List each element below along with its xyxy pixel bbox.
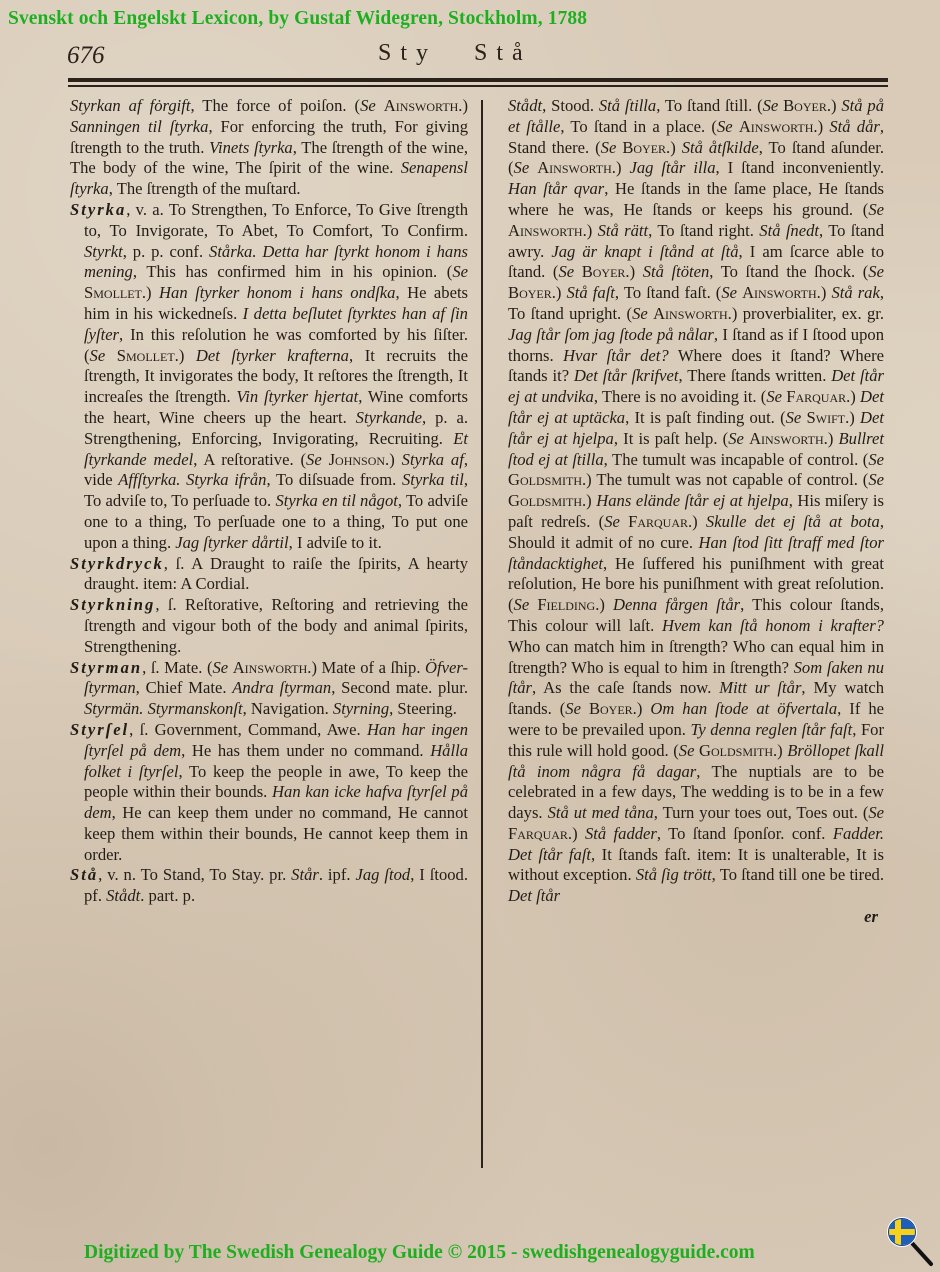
definition-text: ) [586, 491, 596, 510]
swedish-phrase: Mitt ur ſtår [719, 678, 801, 697]
swedish-phrase: Jag ſtod [355, 865, 410, 884]
swedish-phrase: Om han ſtode at öfvertala [650, 699, 837, 718]
definition-text: , There is no avoiding it. ( [594, 387, 766, 406]
swedish-phrase: Denna fårgen ſtår [613, 595, 740, 614]
swedish-phrase: Se [868, 450, 884, 469]
definition-text: , To ſtand the ſhock. ( [709, 262, 868, 281]
source-citation: Goldsmith. [508, 470, 586, 489]
dictionary-entry: Styrkning, ſ. Reſtorative, Reſtoring and… [70, 595, 468, 657]
source-citation: Farquar. [508, 824, 572, 843]
dictionary-entry: Styrman, ſ. Mate. (Se Ainsworth.) Mate o… [70, 658, 468, 720]
source-citation: Ainsworth. [233, 658, 312, 677]
definition-text: , To ſtand ſponſor. conf. [657, 824, 833, 843]
swedish-phrase: Styrka til [402, 470, 464, 489]
definition-text: ) The tumult was not capable of control.… [586, 470, 868, 489]
source-citation: Farquar. [786, 387, 850, 406]
source-citation: Boyer. [589, 699, 637, 718]
definition-text: ) [637, 699, 651, 718]
definition-text: ) [818, 117, 830, 136]
swedish-phrase: Stå dår [829, 117, 879, 136]
definition-text: ) [849, 408, 860, 427]
source-citation: Boyer. [783, 96, 831, 115]
swedish-phrase: Stådt [106, 886, 140, 905]
magnifier-swedish-flag-icon[interactable] [884, 1214, 936, 1268]
definition-text: ) [670, 138, 682, 157]
banner-bottom: Digitized by The Swedish Genealogy Guide… [84, 1242, 755, 1264]
swedish-phrase: Se [604, 512, 628, 531]
swedish-phrase: Se [601, 138, 623, 157]
swedish-phrase: Han ſtår qvar [508, 179, 604, 198]
running-head: Sty Stå [378, 40, 554, 67]
source-citation: Ainsworth. [739, 117, 818, 136]
header-rule-thick [68, 78, 888, 82]
swedish-phrase: Skulle det ej ſtå at bota [706, 512, 880, 531]
definition-text: , The tumult was incapable of control. ( [604, 450, 869, 469]
swedish-phrase: Se [514, 158, 538, 177]
definition-text: ) [389, 450, 401, 469]
page-header: 676 Sty Stå [0, 36, 940, 76]
source-citation: Boyer. [508, 283, 556, 302]
swedish-phrase: Se [728, 429, 749, 448]
swedish-phrase: Vin ſtyrker hjertat [236, 387, 358, 406]
definition-text: , Navigation. [243, 699, 333, 718]
swedish-phrase: Stådt [508, 96, 542, 115]
headword: Styrka [70, 200, 126, 219]
source-citation: Swift. [807, 408, 850, 427]
swedish-phrase: Styrning [333, 699, 389, 718]
definition-text: ) [777, 741, 787, 760]
running-head-left: Sty [378, 40, 437, 66]
definition-text: ) [599, 595, 613, 614]
definition-text: , It is paſt finding out. ( [625, 408, 786, 427]
headword: Styrſel [70, 720, 129, 739]
swedish-phrase: Stå ſtöten [643, 262, 710, 281]
swedish-phrase: Se [632, 304, 653, 323]
swedish-phrase: Se [558, 262, 581, 281]
dictionary-entry: Styrſel, ſ. Government, Command, Awe. Ha… [70, 720, 468, 866]
swedish-phrase: Se [763, 96, 784, 115]
definition-text: ) [831, 96, 841, 115]
definition-text: , I ſtand inconveniently. [716, 158, 885, 177]
definition-text: ) [630, 262, 643, 281]
swedish-phrase: Han ſtyrker honom i hans ondſka [159, 283, 395, 302]
swedish-phrase: Det ſtyrker krafterna [196, 346, 349, 365]
source-citation: Fielding. [537, 595, 599, 614]
swedish-phrase: Styrmän. Styrmanskonſt [84, 699, 243, 718]
swedish-phrase: Se [786, 408, 807, 427]
definition-text: ) [572, 824, 585, 843]
definition-text: , v. a. To Strengthen, To Enforce, To Gi… [84, 200, 468, 240]
definition-text: ) proverbialiter, ex. gr. [732, 304, 884, 323]
swedish-phrase: Se [679, 741, 699, 760]
swedish-phrase: Stå åtſkilde [682, 138, 759, 157]
swedish-phrase: Jag ſtår ſom jag ſtode på nålar [508, 325, 714, 344]
swedish-phrase: Styrka af [402, 450, 464, 469]
source-citation: Ainsworth. [384, 96, 463, 115]
swedish-phrase: Stå rätt [598, 221, 649, 240]
swedish-phrase: Se [452, 262, 468, 281]
definition-text: , I adviſe to it. [289, 533, 382, 552]
swedish-phrase: Stå ut med tåna [548, 803, 654, 822]
left-column: Styrkan af fȯrgift, The force of poiſon.… [70, 96, 468, 907]
swedish-phrase: Andra ſtyrman [232, 678, 331, 697]
entry-continuation: Styrkan af fȯrgift, The force of poiſon.… [70, 96, 468, 200]
swedish-phrase: Se [514, 595, 538, 614]
definition-text: , To ſtand ſtill. ( [656, 96, 762, 115]
definition-text: , The ſtrength of the muſtard. [109, 179, 301, 198]
swedish-phrase: Ty denna reglen ſtår faſt [690, 720, 852, 739]
definition-text: , Second mate. plur. [331, 678, 468, 697]
swedish-phrase: Se [868, 470, 884, 489]
definition-text: , A reſtorative. ( [193, 450, 306, 469]
definition-text: , The force of poiſon. ( [190, 96, 360, 115]
swedish-phrase: Styrkande [356, 408, 422, 427]
source-citation: Boyer. [622, 138, 670, 157]
source-citation: Farquar. [628, 512, 692, 531]
entry-continuation: Stådt, Stood. Stå ſtilla, To ſtand ſtill… [508, 96, 884, 907]
definition-text: ) [462, 96, 468, 115]
swedish-phrase: Hvar ſtår det? [563, 346, 669, 365]
banner-top: Svenskt och Engelskt Lexicon, by Gustaf … [8, 8, 587, 30]
source-citation: Goldsmith. [699, 741, 777, 760]
definition-text: , He has them under no command. [181, 741, 430, 760]
swedish-phrase: Se [306, 450, 329, 469]
swedish-phrase: Stå ſnedt [759, 221, 819, 240]
definition-text: , He can keep them under no command, He … [84, 803, 468, 864]
definition-text: , It is paſt help. ( [614, 429, 728, 448]
definition-text: ) [616, 158, 630, 177]
definition-text: , ſ. Government, Command, Awe. [129, 720, 367, 739]
swedish-phrase: Se [868, 200, 884, 219]
definition-text: ) Mate of a ſhip. [311, 658, 425, 677]
swedish-phrase: Stå ſtilla [599, 96, 656, 115]
definition-text: ) [692, 512, 706, 531]
definition-text: , ſ. Mate. ( [142, 658, 212, 677]
dictionary-entry: Stå, v. n. To Stand, To Stay. pr. Står. … [70, 865, 468, 907]
definition-text: , To ſtand in a place. ( [560, 117, 717, 136]
definition-text: , p. p. conf. [123, 242, 209, 261]
swedish-phrase: Vinets ſtyrka [209, 138, 293, 157]
swedish-phrase: Hvem kan ſtå honom i krafter? [662, 616, 884, 635]
definition-text: , To ſtand right. [648, 221, 759, 240]
swedish-phrase: Stå rak [831, 283, 879, 302]
swedish-phrase: Det ſtår ſkrifvet [574, 366, 679, 385]
catchword: er [508, 907, 878, 928]
definition-text: ) [587, 221, 598, 240]
definition-text: ) [146, 283, 159, 302]
swedish-phrase: Stå ſig trött [636, 865, 712, 884]
swedish-phrase: Stå fadder [585, 824, 657, 843]
swedish-phrase: Styrkan af fȯrgift [70, 96, 190, 115]
swedish-phrase: Jag ſtår illa [629, 158, 715, 177]
swedish-phrase: Hans elände ſtår ej at hjelpa [596, 491, 788, 510]
swedish-phrase: Jag är knapt i ſtånd at ſtå [551, 242, 738, 261]
column-divider [481, 100, 483, 1168]
headword: Styrkdryck [70, 554, 164, 573]
swedish-phrase: Se [565, 699, 589, 718]
source-citation: Ainsworth. [749, 429, 828, 448]
swedish-phrase: Se [868, 803, 884, 822]
definition-text: , Chief Mate. [136, 678, 233, 697]
source-citation: Johnson. [329, 450, 390, 469]
definition-text: ) [556, 283, 567, 302]
definition-text: , To ſtand faſt. ( [615, 283, 721, 302]
source-citation: Boyer. [582, 262, 630, 281]
dictionary-entry: Styrka, v. a. To Strengthen, To Enforce,… [70, 200, 468, 554]
headword: Styrkning [70, 595, 155, 614]
page-number: 676 [67, 42, 105, 70]
right-column: Stådt, Stood. Stå ſtilla, To ſtand ſtill… [508, 96, 884, 928]
swedish-phrase: Det ſtår [508, 886, 560, 905]
swedish-phrase: Se [212, 658, 232, 677]
swedish-phrase: Se [766, 387, 786, 406]
definition-text: , v. n. To Stand, To Stay. pr. [98, 865, 291, 884]
definition-text: . ipf. [319, 865, 356, 884]
swedish-phrase: Stå faſt [567, 283, 615, 302]
swedish-phrase: Se [90, 346, 117, 365]
swedish-phrase: Affſtyrka. Styrka ifrån [118, 470, 266, 489]
definition-text: , Stood. [542, 96, 599, 115]
definition-text: , To diſsuade from. [266, 470, 402, 489]
source-citation: Smollet. [117, 346, 179, 365]
definition-text: ) [828, 429, 839, 448]
swedish-phrase: Se [360, 96, 384, 115]
swedish-phrase: Styrkt [84, 242, 123, 261]
source-citation: Ainsworth. [742, 283, 821, 302]
definition-text: , This has confirmed him in his opinion.… [133, 262, 452, 281]
header-rule-thin [68, 85, 888, 87]
swedish-phrase: Står [291, 865, 319, 884]
definition-text: , There ſtands written. [679, 366, 832, 385]
dictionary-entry: Styrkdryck, ſ. A Draught to raiſe the ſp… [70, 554, 468, 596]
definition-text: . part. p. [140, 886, 195, 905]
definition-text: , Steering. [389, 699, 457, 718]
swedish-phrase: Jag ſtyrker dårtil [175, 533, 288, 552]
definition-text: ) [821, 283, 832, 302]
definition-text: ) [850, 387, 860, 406]
swedish-phrase: Se [868, 262, 884, 281]
swedish-phrase: Se [717, 117, 739, 136]
source-citation: Goldsmith. [508, 491, 586, 510]
definition-text: , To ſtand till one be tired. [712, 865, 884, 884]
swedish-phrase: Se [721, 283, 742, 302]
running-head-right: Stå [474, 40, 532, 66]
swedish-phrase: Sanningen til ſtyrka [70, 117, 208, 136]
source-citation: Smollet. [84, 283, 146, 302]
source-citation: Ainsworth. [537, 158, 616, 177]
definition-text: , Turn your toes out, Toes out. ( [654, 803, 869, 822]
source-citation: Ainsworth. [508, 221, 587, 240]
source-citation: Ainsworth. [653, 304, 732, 323]
swedish-phrase: Styrka en til något [275, 491, 397, 510]
definition-text: ) [179, 346, 196, 365]
headword: Stå [70, 865, 98, 884]
headword: Styrman [70, 658, 142, 677]
definition-text: , As the caſe ſtands now. [532, 678, 719, 697]
